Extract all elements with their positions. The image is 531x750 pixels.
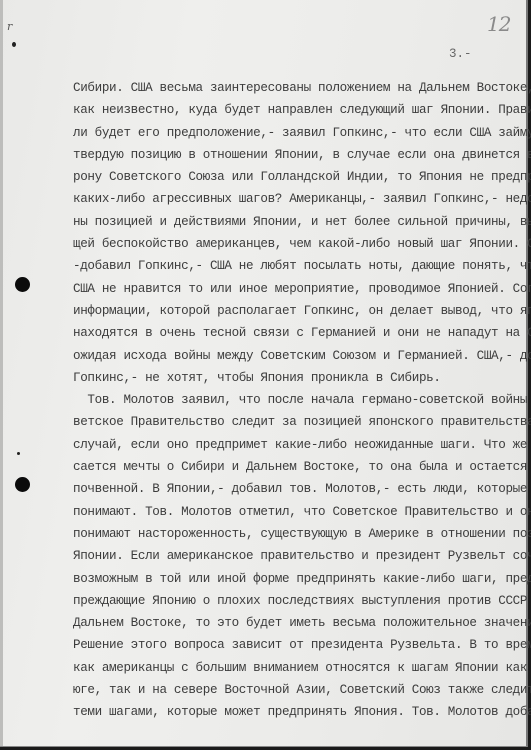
text-line: ли будет его предположение,- заявил Гопк… xyxy=(73,122,518,144)
text-line: возможным в той или иной форме предприня… xyxy=(73,568,518,590)
text-line: Решение этого вопроса зависит от президе… xyxy=(73,634,518,656)
text-line: юге, так и на севере Восточной Азии, Сов… xyxy=(73,679,518,701)
text-line: преждающие Японию о плохих последствиях … xyxy=(73,590,518,612)
document-page: r 12 3.- Сибири. США весьма заинтересова… xyxy=(0,0,528,747)
text-line: как американцы с большим вниманием относ… xyxy=(73,657,518,679)
text-line: находятся в очень тесной связи с Германи… xyxy=(73,322,518,344)
punch-hole xyxy=(15,477,30,492)
text-line: сается мечты о Сибири и Дальнем Востоке,… xyxy=(73,456,518,478)
text-line: твердую позицию в отношении Японии, в сл… xyxy=(73,144,518,166)
margin-mark: r xyxy=(7,20,12,33)
text-line: почвенной. В Японии,- добавил тов. Молот… xyxy=(73,478,518,500)
text-line: случай, если оно предпримет какие-либо н… xyxy=(73,434,518,456)
text-line: как неизвестно, куда будет направлен сле… xyxy=(73,99,518,121)
text-line: понимают настороженность, существующую в… xyxy=(73,523,518,545)
text-line: ветское Правительство следит за позицией… xyxy=(73,411,518,433)
text-line: рону Советского Союза или Голландской Ин… xyxy=(73,166,518,188)
page-number: 3.- xyxy=(449,47,472,61)
handwritten-folio-number: 12 xyxy=(487,12,510,36)
margin-speck xyxy=(12,42,16,47)
text-line: Гопкинс,- не хотят, чтобы Япония проникл… xyxy=(73,367,518,389)
punch-hole xyxy=(15,277,30,292)
text-line: каких-либо агрессивных шагов? Американцы… xyxy=(73,188,518,210)
text-line: Японии. Если американское правительство … xyxy=(73,545,518,567)
text-line: Дальнем Востоке, то это будет иметь весь… xyxy=(73,612,518,634)
text-line: -добавил Гопкинс,- США не любят посылать… xyxy=(73,255,518,277)
typewritten-body: Сибири. США весьма заинтересованы положе… xyxy=(73,77,518,724)
margin-speck xyxy=(17,452,20,455)
text-line: щей беспокойство американцев, чем какой-… xyxy=(73,233,518,255)
text-line: информации, которой располагает Гопкинс,… xyxy=(73,300,518,322)
text-line: ны позицией и действиями Японии, и нет б… xyxy=(73,211,518,233)
text-line: теми шагами, которые может предпринять Я… xyxy=(73,701,518,723)
text-line: Тов. Молотов заявил, что после начала ге… xyxy=(73,389,518,411)
text-line: понимают. Тов. Молотов отметил, что Сове… xyxy=(73,501,518,523)
text-line: США не нравится то или иное мероприятие,… xyxy=(73,278,518,300)
text-line: Сибири. США весьма заинтересованы положе… xyxy=(73,77,518,99)
page-edge xyxy=(0,0,3,746)
text-line: ожидая исхода войны между Советским Союз… xyxy=(73,345,518,367)
